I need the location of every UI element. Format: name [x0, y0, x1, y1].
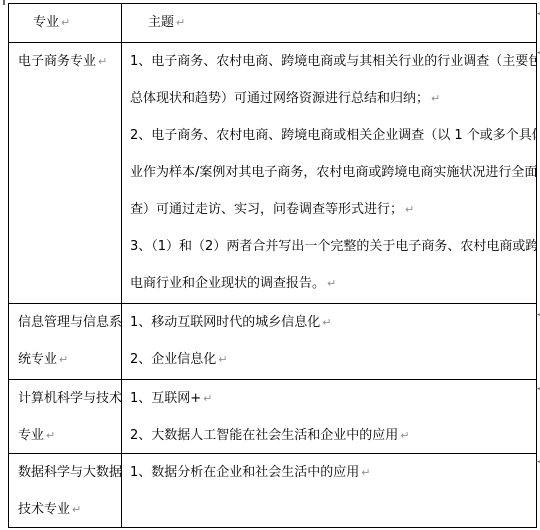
major-text: 专业: [18, 428, 44, 443]
majors-topics-table: 专业↵ 主题↵ 电子商务专业↵ 1、电子商务、农村电商、跨境电商或与其相关行业的…: [8, 3, 537, 528]
topic-text: 查）可通过走访、实习，问卷调查等形式进行；: [130, 202, 403, 217]
header-cell-topic[interactable]: 主题↵: [122, 4, 536, 42]
major-cell-datasci[interactable]: 数据科学与大数据 技术专业↵: [9, 454, 122, 527]
topic-text: 1、数据分析在企业和社会生活中的应用: [130, 465, 359, 480]
major-cell-ecommerce[interactable]: 电子商务专业↵: [9, 43, 122, 303]
major-text: 计算机科学与技术: [18, 391, 122, 406]
table-row-compsci: 计算机科学与技术 专业↵ 1、互联网+↵ 2、大数据人工智能在社会生活和企业中的…: [9, 379, 536, 453]
topics-cell-infomgmt[interactable]: 1、移动互联网时代的城乡信息化↵ 2、企业信息化↵: [122, 304, 536, 379]
topic-text: 2、电子商务、农村电商、跨境电商或相关企业调查（以 1 个或多个具体企: [130, 128, 536, 143]
row-end-mark-icon: ◄: [536, 311, 540, 320]
table-row-ecommerce: 电子商务专业↵ 1、电子商务、农村电商、跨境电商或与其相关行业的行业调查（主要包…: [9, 42, 536, 303]
pilcrow-mark-icon: ↵: [361, 466, 370, 479]
topic-text: 2、企业信息化: [130, 352, 216, 367]
pilcrow-mark-icon: ↵: [46, 429, 55, 442]
pilcrow-mark-icon: ↵: [203, 392, 212, 405]
row-end-mark-icon: ◄: [536, 458, 540, 467]
pilcrow-mark-icon: ↵: [72, 503, 81, 516]
topic-text: 总体现状和趋势）可通过网络资源进行总结和归纳；: [130, 91, 429, 106]
pilcrow-mark-icon: ↵: [405, 203, 414, 216]
pilcrow-mark-icon: ↵: [98, 55, 107, 68]
row-end-mark-icon: ◄: [536, 10, 540, 19]
major-text: 电子商务专业: [18, 54, 96, 69]
table-header-row: 专业↵ 主题↵: [9, 4, 536, 42]
topic-text: 3、（1）和（2）两者合并写出一个完整的关于电子商务、农村电商或跨境: [130, 239, 536, 254]
topics-cell-ecommerce[interactable]: 1、电子商务、农村电商、跨境电商或与其相关行业的行业调查（主要包括 总体现状和趋…: [122, 43, 536, 303]
topics-cell-compsci[interactable]: 1、互联网+↵ 2、大数据人工智能在社会生活和企业中的应用↵: [122, 380, 536, 453]
major-cell-infomgmt[interactable]: 信息管理与信息系 统专业↵: [9, 304, 122, 379]
row-end-mark-icon: ◄: [536, 385, 540, 394]
topic-text: 2、大数据人工智能在社会生活和企业中的应用: [130, 428, 398, 443]
clipped-formatting-mark: [3, 0, 5, 5]
major-text: 信息管理与信息系: [18, 315, 122, 330]
header-topic-label: 主题: [148, 15, 174, 30]
topic-text: 1、移动互联网时代的城乡信息化: [130, 315, 320, 330]
pilcrow-mark-icon: ↵: [61, 16, 70, 29]
pilcrow-mark-icon: ↵: [59, 353, 68, 366]
topic-text: 电商行业和企业现状的调查报告。: [130, 276, 325, 291]
pilcrow-mark-icon: ↵: [400, 429, 409, 442]
topic-text: 业作为样本/案例对其电子商务，农村电商或跨境电商实施状况进行全面调: [130, 165, 536, 180]
topics-cell-datasci[interactable]: 1、数据分析在企业和社会生活中的应用↵: [122, 454, 536, 527]
topic-text: 1、互联网+: [130, 391, 201, 406]
row-end-mark-icon: ◄: [536, 49, 540, 58]
major-cell-compsci[interactable]: 计算机科学与技术 专业↵: [9, 380, 122, 453]
topic-text: 1、电子商务、农村电商、跨境电商或与其相关行业的行业调查（主要包括: [130, 54, 536, 69]
table-row-datasci: 数据科学与大数据 技术专业↵ 1、数据分析在企业和社会生活中的应用↵: [9, 453, 536, 527]
major-text: 数据科学与大数据: [18, 465, 122, 480]
header-major-label: 专业: [33, 15, 59, 30]
pilcrow-mark-icon: ↵: [327, 277, 336, 290]
header-cell-major[interactable]: 专业↵: [9, 4, 122, 42]
major-text: 技术专业: [18, 502, 70, 517]
pilcrow-mark-icon: ↵: [431, 92, 440, 105]
pilcrow-mark-icon: ↵: [218, 353, 227, 366]
pilcrow-mark-icon: ↵: [176, 16, 185, 29]
major-text: 统专业: [18, 352, 57, 367]
table-row-infomgmt: 信息管理与信息系 统专业↵ 1、移动互联网时代的城乡信息化↵ 2、企业信息化↵: [9, 303, 536, 379]
pilcrow-mark-icon: ↵: [322, 316, 331, 329]
